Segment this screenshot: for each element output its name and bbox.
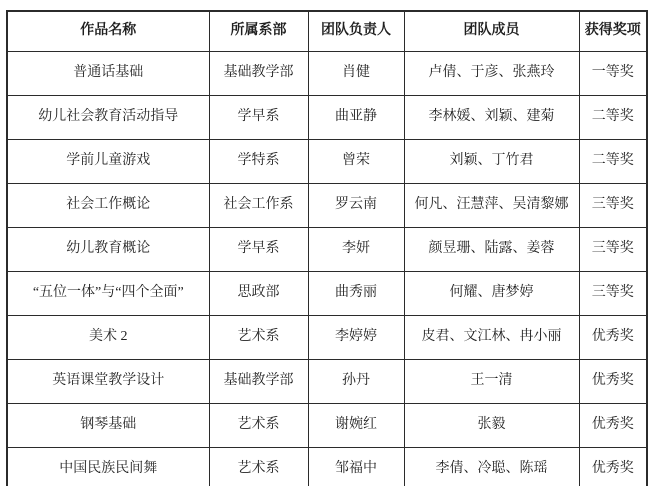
cell-team-members: 皮君、文江林、冉小丽 (404, 316, 579, 360)
cell-work-name: 中国民族民间舞 (7, 448, 209, 486)
cell-award: 三等奖 (579, 184, 647, 228)
table-row: 英语课堂教学设计基础教学部孙丹王一清优秀奖 (7, 360, 647, 404)
cell-work-name: 学前儿童游戏 (7, 140, 209, 184)
cell-team-members: 李林媛、刘颖、建菊 (404, 96, 579, 140)
cell-department: 社会工作系 (209, 184, 308, 228)
cell-team-leader: 李婷婷 (308, 316, 404, 360)
table-row: 美术 2艺术系李婷婷皮君、文江林、冉小丽优秀奖 (7, 316, 647, 360)
cell-team-leader: 谢婉红 (308, 404, 404, 448)
cell-team-members: 王一清 (404, 360, 579, 404)
cell-department: 艺术系 (209, 448, 308, 486)
cell-team-leader: 邹福中 (308, 448, 404, 486)
cell-work-name: “五位一体”与“四个全面” (7, 272, 209, 316)
cell-department: 思政部 (209, 272, 308, 316)
table-row: 钢琴基础艺术系谢婉红张毅优秀奖 (7, 404, 647, 448)
cell-team-leader: 肖健 (308, 52, 404, 96)
cell-award: 三等奖 (579, 228, 647, 272)
cell-work-name: 钢琴基础 (7, 404, 209, 448)
cell-team-members: 李倩、冷聪、陈瑶 (404, 448, 579, 486)
awards-table: 作品名称 所属系部 团队负责人 团队成员 获得奖项 普通话基础基础教学部肖健卢倩… (6, 10, 648, 486)
table-row: 普通话基础基础教学部肖健卢倩、于彦、张燕玲一等奖 (7, 52, 647, 96)
cell-team-leader: 罗云南 (308, 184, 404, 228)
cell-department: 艺术系 (209, 316, 308, 360)
cell-work-name: 幼儿教育概论 (7, 228, 209, 272)
cell-team-members: 何凡、汪慧萍、吴清黎娜 (404, 184, 579, 228)
header-department: 所属系部 (209, 11, 308, 52)
cell-award: 三等奖 (579, 272, 647, 316)
cell-work-name: 幼儿社会教育活动指导 (7, 96, 209, 140)
cell-team-members: 颜昱珊、陆露、姜蓉 (404, 228, 579, 272)
cell-award: 优秀奖 (579, 360, 647, 404)
cell-work-name: 英语课堂教学设计 (7, 360, 209, 404)
cell-department: 艺术系 (209, 404, 308, 448)
table-row: 学前儿童游戏学特系曾荣刘颖、丁竹君二等奖 (7, 140, 647, 184)
cell-department: 学早系 (209, 96, 308, 140)
header-award: 获得奖项 (579, 11, 647, 52)
table-row: 中国民族民间舞艺术系邹福中李倩、冷聪、陈瑶优秀奖 (7, 448, 647, 486)
table-body: 普通话基础基础教学部肖健卢倩、于彦、张燕玲一等奖幼儿社会教育活动指导学早系曲亚静… (7, 52, 647, 486)
cell-award: 优秀奖 (579, 448, 647, 486)
cell-award: 优秀奖 (579, 316, 647, 360)
cell-department: 学特系 (209, 140, 308, 184)
cell-team-leader: 曲亚静 (308, 96, 404, 140)
header-work-name: 作品名称 (7, 11, 209, 52)
cell-award: 一等奖 (579, 52, 647, 96)
cell-work-name: 美术 2 (7, 316, 209, 360)
table-row: 社会工作概论社会工作系罗云南何凡、汪慧萍、吴清黎娜三等奖 (7, 184, 647, 228)
cell-team-members: 张毅 (404, 404, 579, 448)
cell-work-name: 社会工作概论 (7, 184, 209, 228)
table-row: 幼儿教育概论学早系李妍颜昱珊、陆露、姜蓉三等奖 (7, 228, 647, 272)
header-team-leader: 团队负责人 (308, 11, 404, 52)
cell-team-leader: 孙丹 (308, 360, 404, 404)
cell-team-leader: 曲秀丽 (308, 272, 404, 316)
cell-award: 二等奖 (579, 140, 647, 184)
table-row: “五位一体”与“四个全面”思政部曲秀丽何耀、唐梦婷三等奖 (7, 272, 647, 316)
cell-team-members: 何耀、唐梦婷 (404, 272, 579, 316)
cell-department: 基础教学部 (209, 52, 308, 96)
header-team-members: 团队成员 (404, 11, 579, 52)
cell-department: 基础教学部 (209, 360, 308, 404)
table-row: 幼儿社会教育活动指导学早系曲亚静李林媛、刘颖、建菊二等奖 (7, 96, 647, 140)
cell-team-leader: 李妍 (308, 228, 404, 272)
cell-department: 学早系 (209, 228, 308, 272)
cell-team-leader: 曾荣 (308, 140, 404, 184)
cell-award: 优秀奖 (579, 404, 647, 448)
header-row: 作品名称 所属系部 团队负责人 团队成员 获得奖项 (7, 11, 647, 52)
cell-award: 二等奖 (579, 96, 647, 140)
cell-team-members: 卢倩、于彦、张燕玲 (404, 52, 579, 96)
cell-work-name: 普通话基础 (7, 52, 209, 96)
cell-team-members: 刘颖、丁竹君 (404, 140, 579, 184)
